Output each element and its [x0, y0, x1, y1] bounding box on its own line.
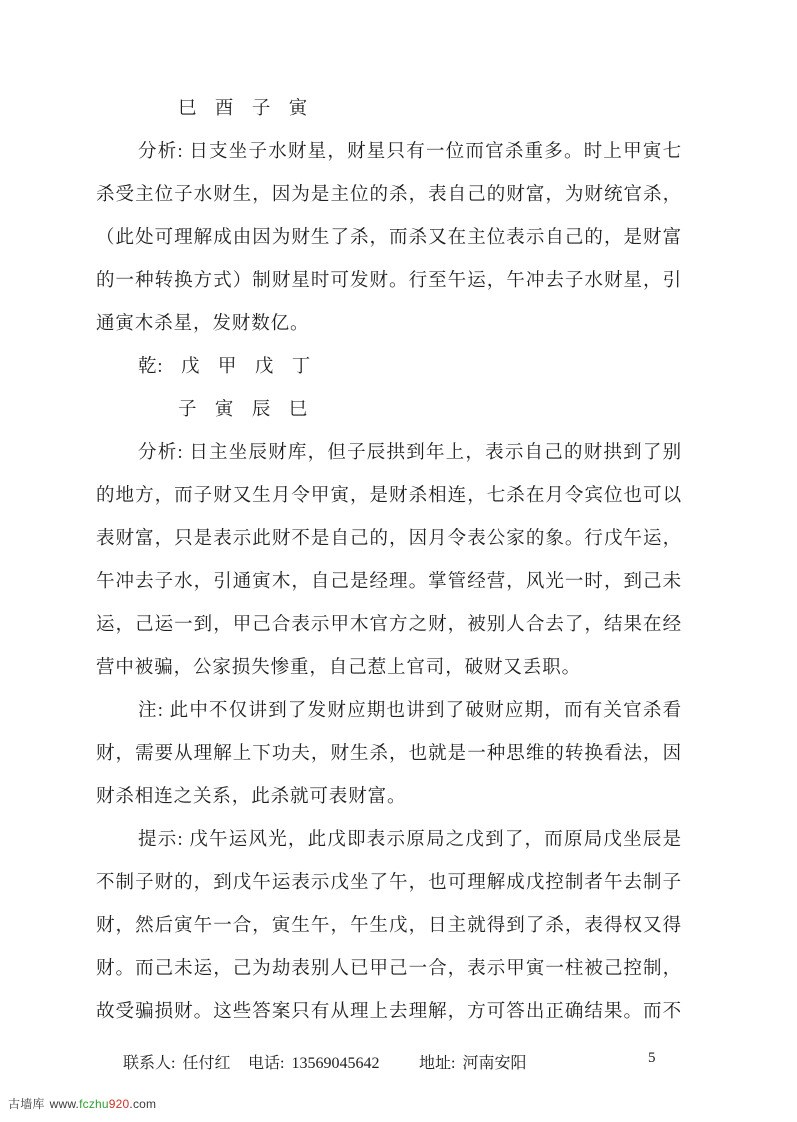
address-label: 地址: [419, 1055, 455, 1072]
text-line: 通寅木杀星，发财数亿。 [96, 303, 682, 346]
analysis-paragraph-line: 分析: 日主坐辰财库，但子辰拱到年上，表示自己的财拱到了别 [96, 432, 682, 475]
site-watermark: 古墙库www.fczhu920.com [8, 1095, 156, 1112]
phone-info: 电话:13569045642 [248, 1050, 379, 1073]
contact-label: 联系人: [123, 1055, 175, 1072]
text-line: 财杀相连之关系，此杀就可表财富。 [96, 776, 682, 819]
analysis-paragraph-line: 分析: 日支坐子水财星，财星只有一位而官杀重多。时上甲寅七 [96, 131, 682, 174]
text-line: 运，己运一到，甲己合表示甲木官方之财，被别人合去了，结果在经 [96, 604, 682, 647]
watermark-site-name: 古墙库 [8, 1097, 45, 1111]
page-footer: 联系人:任付红 电话:13569045642 地址:河南安阳 5 [0, 1050, 797, 1076]
phone-label: 电话: [248, 1055, 284, 1072]
bazi-branches-row-1: 巳 酉 子 寅 [96, 88, 682, 131]
text-line: 故受骗损财。这些答案只有从理上去理解，方可答出正确结果。而不 [96, 991, 682, 1034]
bazi-stems-row: 乾: 戊 甲 戊 丁 [96, 346, 682, 389]
text-line: 营中被骗，公家损失惨重，自己惹上官司，破财又丢职。 [96, 647, 682, 690]
text-line: 午冲去子水，引通寅木，自己是经理。掌管经营，风光一时，到己未 [96, 561, 682, 604]
watermark-url-name: fczhu [79, 1097, 109, 1111]
watermark-url-tld: .com [129, 1097, 156, 1111]
text-line: 杀受主位子水财生，因为是主位的杀，表自己的财富，为财统官杀， [96, 174, 682, 217]
scanned-book-page: 巳 酉 子 寅 分析: 日支坐子水财星，财星只有一位而官杀重多。时上甲寅七 杀受… [0, 0, 797, 1122]
watermark-url-www: www. [50, 1097, 79, 1111]
text-line: （此处可理解成由因为财生了杀，而杀又在主位表示自己的，是财富 [96, 217, 682, 260]
address-value: 河南安阳 [462, 1055, 526, 1072]
watermark-url-digits: 920 [109, 1097, 130, 1111]
text-line: 的一种转换方式）制财星时可发财。行至午运，午冲去子水财星，引 [96, 260, 682, 303]
text-line: 表财富，只是表示此财不是自己的，因月令表公家的象。行戊午运， [96, 518, 682, 561]
contact-name: 任付红 [182, 1055, 230, 1072]
text-line: 财，然后寅午一合，寅生午，午生戊，日主就得到了杀，表得权又得 [96, 905, 682, 948]
hint-paragraph-line: 提示: 戊午运风光，此戊即表示原局之戊到了，而原局戊坐辰是 [96, 819, 682, 862]
page-number: 5 [648, 1050, 656, 1067]
text-line: 不制子财的，到戊午运表示戊坐了午，也可理解成戊控制者午去制子 [96, 862, 682, 905]
contact-info: 联系人:任付红 [123, 1050, 230, 1073]
document-body: 巳 酉 子 寅 分析: 日支坐子水财星，财星只有一位而官杀重多。时上甲寅七 杀受… [96, 88, 682, 1034]
phone-number: 13569045642 [291, 1055, 379, 1072]
text-line: 财。而己未运，己为劫表别人已甲己一合，表示甲寅一柱被己控制， [96, 948, 682, 991]
bazi-branches-row-2: 子 寅 辰 巳 [96, 389, 682, 432]
note-paragraph-line: 注: 此中不仅讲到了发财应期也讲到了破财应期，而有关官杀看 [96, 690, 682, 733]
text-line: 的地方，而子财又生月令甲寅，是财杀相连，七杀在月令宾位也可以 [96, 475, 682, 518]
text-line: 财，需要从理解上下功夫，财生杀，也就是一种思维的转换看法，因 [96, 733, 682, 776]
address-info: 地址:河南安阳 [419, 1050, 526, 1073]
